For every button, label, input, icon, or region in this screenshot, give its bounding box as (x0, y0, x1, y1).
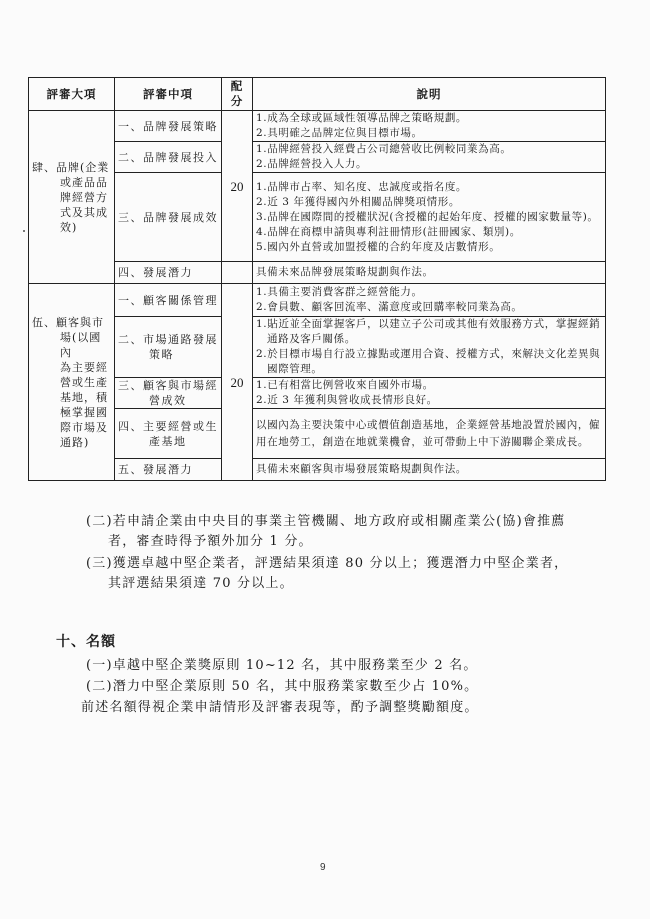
table-row: 肆、品牌(企業 或產品品 牌經營方 式及其成 效) 一、品牌發展策略 20 1.… (29, 111, 606, 142)
quota-item: (一)卓越中堅企業獎原則 10~12 名，其中服務業至少 2 名。 (86, 655, 606, 676)
description-line: 2.會員數、顧客回流率、滿意度或回購率較同業為高。 (256, 300, 602, 315)
mid-item-label: 二、品牌發展投入 (118, 151, 218, 164)
mid-item-label: 一、顧客關係管理 (118, 294, 218, 307)
table-row: 三、顧客與市場經 營成效 1.已有相當比例營收來自國外市場。 2.近 3 年獲利… (29, 378, 606, 409)
mid-item: 一、顧客關係管理 (115, 284, 222, 317)
mid-item-label-cont: 營成效 (118, 393, 218, 408)
description-line: 1.品牌經營投入經費占公司總營收比例較同業為高。 (256, 142, 602, 157)
description-cell: 1.貼近並全面掌握客戶，以建立子公司或其他有效服務方式，掌握經銷通路及客戶關係。… (253, 317, 606, 378)
description-line: 具備未來顧客與市場發展策略規劃與作法。 (256, 462, 602, 477)
note-item: (三)獲選卓越中堅企業者，評選結果須達 80 分以上；獲選潛力中堅企業者， 其評… (86, 554, 606, 594)
description-line: 4.品牌在商標申請與專利註冊情形(註冊國家、類別)。 (256, 225, 602, 240)
description-cell: 1.品牌經營投入經費占公司總營收比例較同業為高。 2.品牌經營投入人力。 (253, 142, 606, 173)
description-cell: 1.具備主要消費客群之經營能力。 2.會員數、顧客回流率、滿意度或回購率較同業為… (253, 284, 606, 317)
note-text-cont: 其評選結果須達 70 分以上。 (86, 574, 606, 594)
header-mid-item: 評審中項 (115, 78, 222, 111)
score-cell: 20 (222, 111, 253, 262)
description-line: 2.於目標市場自行設立據點或運用合資、授權方式，來解決文化差異與國際管理。 (256, 347, 602, 377)
description-line: 1.成為全球或區域性領導品牌之策略規劃。 (256, 111, 602, 126)
score-cell: 20 (222, 284, 253, 481)
description-cell: 1.已有相當比例營收來自國外市場。 2.近 3 年獲利與營收成長情形良好。 (253, 378, 606, 409)
major-item-brand: 肆、品牌(企業 或產品品 牌經營方 式及其成 效) (29, 111, 115, 284)
major-text-line: 或產品品 (32, 175, 111, 190)
major-text-line: 際市場及 (32, 420, 111, 435)
major-text-line: 通路) (32, 435, 111, 450)
mid-item-label: 四、主要經營或生 (118, 420, 218, 433)
description-line: 5.國內外直營或加盟授權的合約年度及店數情形。 (256, 240, 602, 255)
header-major-item: 評審大項 (29, 78, 115, 111)
description-line: 2.近 3 年獲得國內外相關品牌獎項情形。 (256, 195, 602, 210)
major-text-line: 式及其成 (32, 205, 111, 220)
table-row: 五、發展潛力 具備未來顧客與市場發展策略規劃與作法。 (29, 459, 606, 481)
mid-item: 三、品牌發展成效 (115, 173, 222, 262)
mid-item: 一、品牌發展策略 (115, 111, 222, 142)
mid-item: 三、顧客與市場經 營成效 (115, 378, 222, 409)
mid-item: 四、主要經營或生 產基地 (115, 409, 222, 459)
note-text: (三)獲選卓越中堅企業者，評選結果須達 80 分以上；獲選潛力中堅企業者， (86, 556, 568, 571)
major-text-line: 基地，積 (32, 390, 111, 405)
mid-item-label: 一、品牌發展策略 (118, 120, 218, 133)
note-text: (二)若申請企業由中央目的事業主管機關、地方政府或相關產業公(協)會推薦 (86, 514, 566, 529)
description-line: 2.近 3 年獲利與營收成長情形良好。 (256, 393, 602, 408)
evaluation-criteria-table: 評審大項 評審中項 配分 說明 肆、品牌(企業 或產品品 牌經營方 式及其成 效… (28, 77, 606, 481)
table-header-row: 評審大項 評審中項 配分 說明 (29, 78, 606, 111)
description-line: 1.具備主要消費客群之經營能力。 (256, 285, 602, 300)
mid-item-label: 三、品牌發展成效 (118, 211, 218, 224)
description-line: 具備未來品牌發展策略規劃與作法。 (256, 265, 602, 280)
description-line: 3.品牌在國際間的授權狀況(含授權的起始年度、授權的國家數量等)。 (256, 210, 602, 225)
document-page: 評審大項 評審中項 配分 說明 肆、品牌(企業 或產品品 牌經營方 式及其成 效… (0, 0, 650, 919)
table-row: 伍、顧客與市 場(以國內 為主要經 營或生產 基地，積 極掌握國 際市場及 通路… (29, 284, 606, 317)
header-description: 說明 (253, 78, 606, 111)
major-text-line: 極掌握國 (32, 405, 111, 420)
section-heading: 十、名額 (56, 631, 116, 651)
major-item-customer-market: 伍、顧客與市 場(以國內 為主要經 營或生產 基地，積 極掌握國 際市場及 通路… (29, 284, 115, 481)
description-cell: 具備未來品牌發展策略規劃與作法。 (253, 262, 606, 284)
mid-item-label-cont: 策略 (118, 347, 218, 362)
mid-item-label: 四、發展潛力 (118, 266, 193, 279)
score-cell-empty (222, 262, 253, 284)
description-line: 以國內為主要決策中心或價值創造基地，企業經營基地設置於國內，僱用在地勞工，創造在… (256, 417, 602, 451)
description-line: 2.品牌經營投入人力。 (256, 157, 602, 172)
quota-item: (二)潛力中堅企業原則 50 名，其中服務業家數至少占 10%。 (86, 676, 606, 697)
description-line: 1.品牌市占率、知名度、忠誠度或指名度。 (256, 180, 602, 195)
mid-item-label-cont: 產基地 (118, 434, 218, 449)
mid-item: 二、市場通路發展 策略 (115, 317, 222, 378)
page-number: 9 (320, 862, 326, 873)
description-cell: 1.成為全球或區域性領導品牌之策略規劃。 2.具明確之品牌定位與目標市場。 (253, 111, 606, 142)
quota-section: (一)卓越中堅企業獎原則 10~12 名，其中服務業至少 2 名。 (二)潛力中… (86, 655, 606, 718)
table-row: 二、市場通路發展 策略 1.貼近並全面掌握客戶，以建立子公司或其他有效服務方式，… (29, 317, 606, 378)
mid-item: 五、發展潛力 (115, 459, 222, 481)
quota-closing: 前述名額得視企業申請情形及評審表現等，酌予調整獎勵額度。 (81, 697, 606, 718)
major-text-line: 牌經營方 (32, 190, 111, 205)
mid-item-label: 五、發展潛力 (118, 463, 193, 476)
table-row: 四、主要經營或生 產基地 以國內為主要決策中心或價值創造基地，企業經營基地設置於… (29, 409, 606, 459)
description-cell: 具備未來顧客與市場發展策略規劃與作法。 (253, 459, 606, 481)
mid-item: 四、發展潛力 (115, 262, 222, 284)
description-cell: 1.品牌市占率、知名度、忠誠度或指名度。 2.近 3 年獲得國內外相關品牌獎項情… (253, 173, 606, 262)
header-score: 配分 (222, 78, 253, 111)
note-item: (二)若申請企業由中央目的事業主管機關、地方政府或相關產業公(協)會推薦 者，審… (86, 512, 606, 552)
major-text-line: 伍、顧客與市 (32, 315, 111, 330)
mid-item: 二、品牌發展投入 (115, 142, 222, 173)
table-row: 二、品牌發展投入 1.品牌經營投入經費占公司總營收比例較同業為高。 2.品牌經營… (29, 142, 606, 173)
description-line: 2.具明確之品牌定位與目標市場。 (256, 126, 602, 141)
major-text-line: 場(以國內 (32, 330, 111, 360)
description-line: 1.已有相當比例營收來自國外市場。 (256, 378, 602, 393)
description-cell: 以國內為主要決策中心或價值創造基地，企業經營基地設置於國內，僱用在地勞工，創造在… (253, 409, 606, 459)
mid-item-label: 二、市場通路發展 (118, 333, 218, 346)
table-row: 四、發展潛力 具備未來品牌發展策略規劃與作法。 (29, 262, 606, 284)
scan-speck (23, 230, 25, 232)
supplementary-notes: (二)若申請企業由中央目的事業主管機關、地方政府或相關產業公(協)會推薦 者，審… (86, 512, 606, 594)
major-text-line: 肆、品牌(企業 (32, 160, 111, 175)
table-row: 三、品牌發展成效 1.品牌市占率、知名度、忠誠度或指名度。 2.近 3 年獲得國… (29, 173, 606, 262)
note-text-cont: 者，審查時得予額外加分 1 分。 (86, 532, 606, 552)
major-text-line: 為主要經 (32, 360, 111, 375)
major-text-line: 營或生產 (32, 375, 111, 390)
mid-item-label: 三、顧客與市場經 (118, 379, 218, 392)
major-text-line: 效) (32, 220, 111, 235)
description-line: 1.貼近並全面掌握客戶，以建立子公司或其他有效服務方式，掌握經銷通路及客戶關係。 (256, 317, 602, 347)
